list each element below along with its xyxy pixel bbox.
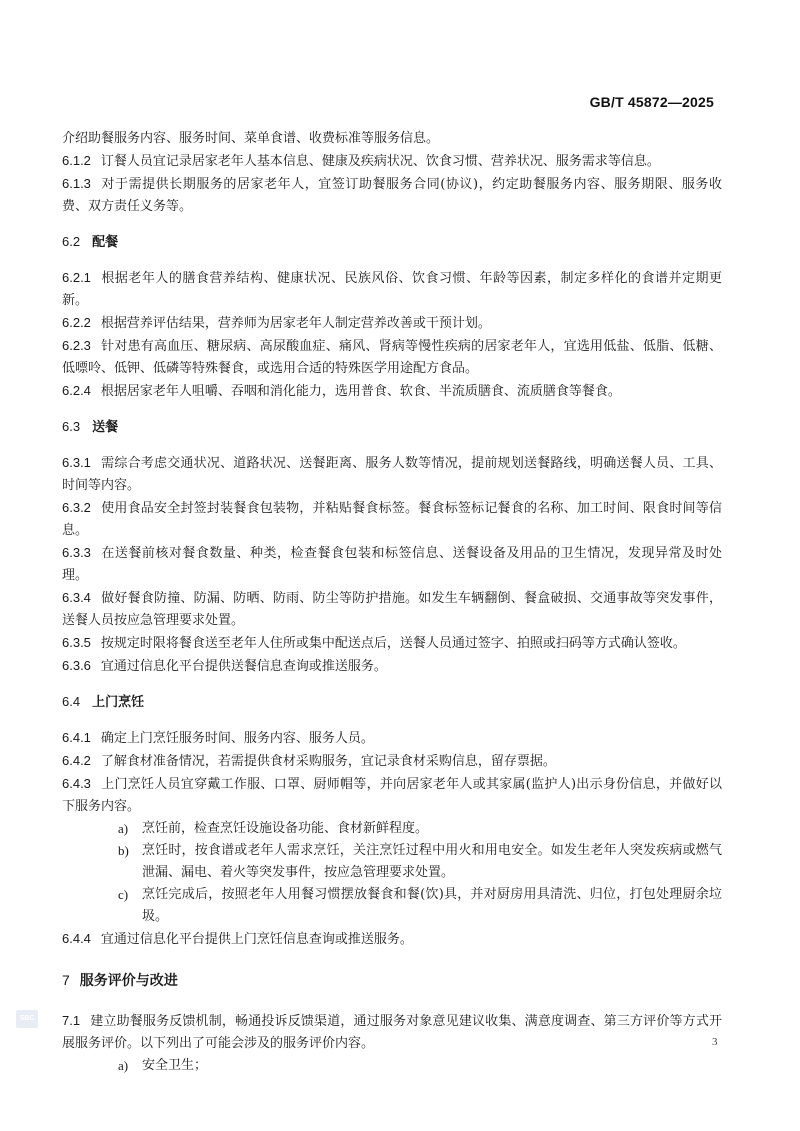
section-heading-6-4: 6.4上门烹饪 [62, 691, 722, 714]
clause-text: 建立助餐服务反馈机制，畅通投诉反馈渠道，通过服务对象意见建议收集、满意度调查、第… [62, 1014, 722, 1051]
section-heading-6-3: 6.3送餐 [62, 416, 722, 439]
clause-text: 对于需提供长期服务的居家老年人，宜签订助餐服务合同(协议)，约定助餐服务内容、服… [62, 177, 722, 214]
clause-6-3-5: 6.3.5按规定时限将餐食送至老年人住所或集中配送点后，送餐人员通过签字、拍照或… [62, 632, 722, 655]
section-number: 6.4 [62, 694, 80, 709]
clause-number: 6.2.3 [62, 335, 91, 357]
clause-6-3-1: 6.3.1需综合考虑交通状况、道路状况、送餐距离、服务人数等情况，提前规划送餐路… [62, 452, 722, 497]
list-text: 烹饪完成后，按照老年人用餐习惯摆放餐食和餐(饮)具，并对厨房用具清洗、归位，打包… [142, 884, 722, 928]
section-number: 6.2 [62, 234, 80, 249]
list-item-b: b)烹饪时，按食谱或老年人需求烹饪，关注烹饪过程中用火和用电安全。如发生老年人突… [118, 840, 722, 884]
section-title: 配餐 [92, 235, 118, 250]
list-marker: b) [118, 840, 142, 884]
clause-number: 6.3.5 [62, 632, 91, 654]
clause-6-2-3: 6.2.3针对患有高血压、糖尿病、高尿酸血症、痛风、肾病等慢性疾病的居家老年人，… [62, 335, 722, 380]
list-marker: a) [118, 1055, 142, 1077]
clause-6-3-2: 6.3.2使用食品安全封签封装餐食包装物，并粘贴餐食标签。餐食标签标记餐食的名称… [62, 497, 722, 542]
paragraph-6-1-1-continued: 介绍助餐服务内容、服务时间、菜单食谱、收费标准等服务信息。 [62, 128, 722, 150]
clause-6-3-6: 6.3.6宜通过信息化平台提供送餐信息查询或推送服务。 [62, 655, 722, 678]
clause-text: 使用食品安全封签封装餐食包装物，并粘贴餐食标签。餐食标签标记餐食的名称、加工时间… [62, 501, 722, 538]
list-text: 烹饪前，检查烹饪设施设备功能、食材新鲜程度。 [142, 818, 722, 840]
watermark-logo-icon: SBC [16, 1010, 38, 1028]
chapter-title: 服务评价与改进 [80, 973, 178, 989]
list-marker: c) [118, 884, 142, 928]
clause-6-3-4: 6.3.4做好餐食防撞、防漏、防晒、防雨、防尘等防护措施。如发生车辆翻倒、餐盒破… [62, 587, 722, 632]
clause-number: 6.4.2 [62, 750, 91, 772]
clause-text: 针对患有高血压、糖尿病、高尿酸血症、痛风、肾病等慢性疾病的居家老年人，宜选用低盐… [62, 339, 722, 376]
clause-6-2-1: 6.2.1根据老年人的膳食营养结构、健康状况、民族风俗、饮食习惯、年龄等因素，制… [62, 267, 722, 312]
list-item-c: c)烹饪完成后，按照老年人用餐习惯摆放餐食和餐(饮)具，并对厨房用具清洗、归位，… [118, 884, 722, 928]
clause-number: 6.4.3 [62, 773, 91, 795]
clause-number: 6.3.1 [62, 452, 91, 474]
clause-number: 6.2.4 [62, 380, 91, 402]
clause-text: 根据营养评估结果，营养师为居家老年人制定营养改善或干预计划。 [101, 316, 491, 331]
clause-text: 宜通过信息化平台提供上门烹饪信息查询或推送服务。 [101, 932, 413, 947]
clause-6-2-2: 6.2.2根据营养评估结果，营养师为居家老年人制定营养改善或干预计划。 [62, 312, 722, 335]
list-item-a: a)安全卫生； [118, 1055, 722, 1077]
clause-number: 6.4.4 [62, 928, 91, 950]
clause-number: 6.2.2 [62, 312, 91, 334]
list-text: 烹饪时，按食谱或老年人需求烹饪，关注烹饪过程中用火和用电安全。如发生老年人突发疾… [142, 840, 722, 884]
clause-text: 做好餐食防撞、防漏、防晒、防雨、防尘等防护措施。如发生车辆翻倒、餐盒破损、交通事… [62, 591, 722, 628]
clause-number: 6.4.1 [62, 727, 91, 749]
section-number: 6.3 [62, 419, 80, 434]
page-number: 3 [712, 1036, 718, 1048]
clause-text: 按规定时限将餐食送至老年人住所或集中配送点后，送餐人员通过签字、拍照或扫码等方式… [101, 636, 686, 651]
clause-6-4-4: 6.4.4宜通过信息化平台提供上门烹饪信息查询或推送服务。 [62, 928, 722, 951]
clause-number: 6.2.1 [62, 267, 91, 289]
section-heading-6-2: 6.2配餐 [62, 231, 722, 254]
list-item-a: a)烹饪前，检查烹饪设施设备功能、食材新鲜程度。 [118, 818, 722, 840]
clause-6-4-1: 6.4.1确定上门烹饪服务时间、服务内容、服务人员。 [62, 727, 722, 750]
clause-number: 6.3.3 [62, 542, 91, 564]
clause-6-4-3: 6.4.3上门烹饪人员宜穿戴工作服、口罩、厨师帽等，并向居家老年人或其家属(监护… [62, 773, 722, 818]
list-text: 安全卫生； [142, 1055, 722, 1077]
clause-6-4-2: 6.4.2了解食材准备情况，若需提供食材采购服务，宜记录食材采购信息，留存票据。 [62, 750, 722, 773]
chapter-heading-7: 7服务评价与改进 [62, 969, 722, 992]
section-title: 上门烹饪 [92, 695, 144, 710]
clause-6-1-3: 6.1.3对于需提供长期服务的居家老年人，宜签订助餐服务合同(协议)，约定助餐服… [62, 173, 722, 218]
standard-number: GB/T 45872—2025 [590, 94, 714, 110]
document-body: 介绍助餐服务内容、服务时间、菜单食谱、收费标准等服务信息。 6.1.2订餐人员宜… [62, 128, 722, 1077]
clause-text: 宜通过信息化平台提供送餐信息查询或推送服务。 [101, 659, 387, 674]
clause-7-1: 7.1建立助餐服务反馈机制，畅通投诉反馈渠道，通过服务对象意见建议收集、满意度调… [62, 1010, 722, 1055]
clause-6-2-4: 6.2.4根据居家老年人咀嚼、吞咽和消化能力，选用普食、软食、半流质膳食、流质膳… [62, 380, 722, 403]
section-title: 送餐 [92, 420, 118, 435]
clause-6-3-3: 6.3.3在送餐前核对餐食数量、种类，检查餐食包装和标签信息、送餐设备及用品的卫… [62, 542, 722, 587]
clause-number: 6.3.2 [62, 497, 91, 519]
clause-6-1-2: 6.1.2订餐人员宜记录居家老年人基本信息、健康及疾病状况、饮食习惯、营养状况、… [62, 150, 722, 173]
clause-text: 需综合考虑交通状况、道路状况、送餐距离、服务人数等情况，提前规划送餐路线，明确送… [62, 456, 722, 493]
clause-number: 7.1 [62, 1010, 80, 1032]
clause-text: 在送餐前核对餐食数量、种类，检查餐食包装和标签信息、送餐设备及用品的卫生情况，发… [62, 546, 722, 583]
clause-text: 了解食材准备情况，若需提供食材采购服务，宜记录食材采购信息，留存票据。 [101, 754, 556, 769]
list-marker: a) [118, 818, 142, 840]
clause-number: 6.1.2 [62, 150, 91, 172]
clause-number: 6.3.4 [62, 587, 91, 609]
clause-number: 6.1.3 [62, 173, 91, 195]
clause-text: 订餐人员宜记录居家老年人基本信息、健康及疾病状况、饮食习惯、营养状况、服务需求等… [101, 154, 660, 169]
clause-text: 上门烹饪人员宜穿戴工作服、口罩、厨师帽等，并向居家老年人或其家属(监护人)出示身… [62, 777, 722, 814]
chapter-number: 7 [62, 972, 70, 988]
clause-text: 确定上门烹饪服务时间、服务内容、服务人员。 [101, 731, 374, 746]
clause-text: 根据老年人的膳食营养结构、健康状况、民族风俗、饮食习惯、年龄等因素，制定多样化的… [62, 271, 722, 308]
clause-number: 6.3.6 [62, 655, 91, 677]
clause-text: 根据居家老年人咀嚼、吞咽和消化能力，选用普食、软食、半流质膳食、流质膳食等餐食。 [101, 384, 621, 399]
